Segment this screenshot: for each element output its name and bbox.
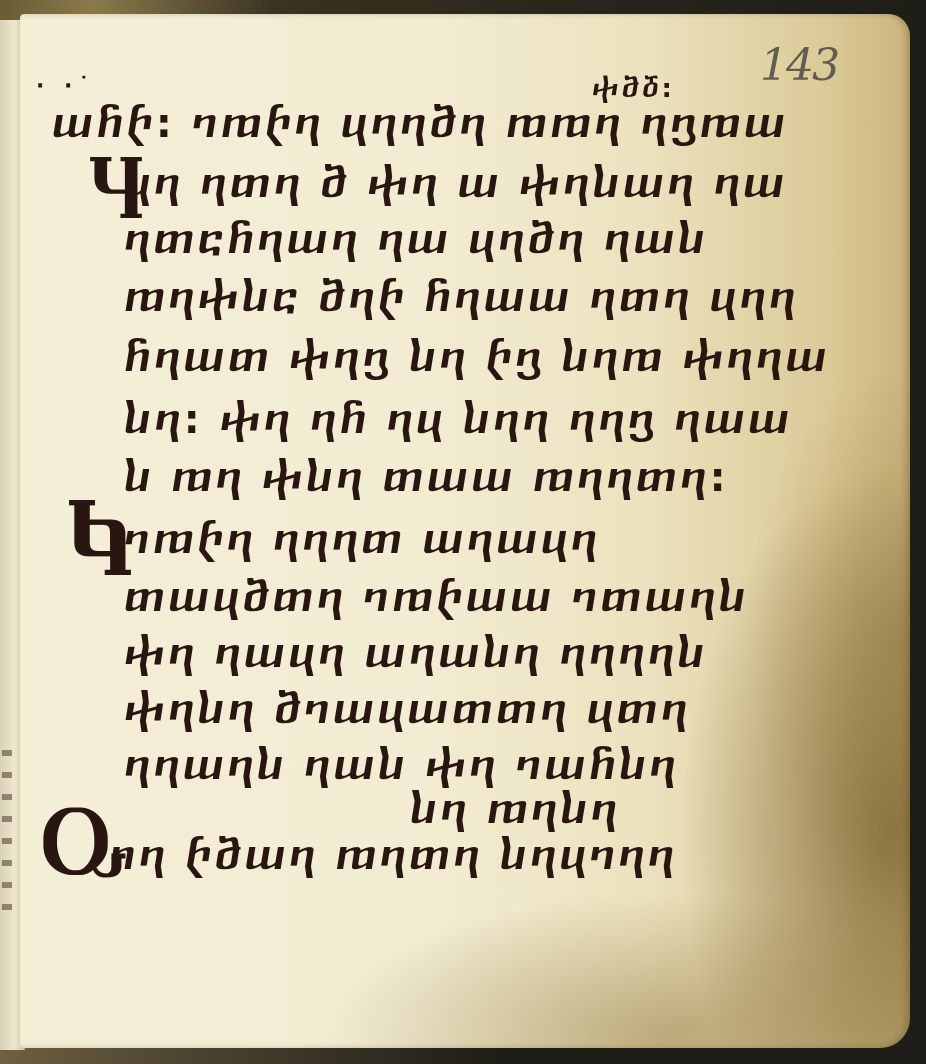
line-5: ⴌⴄⴍⴇ ⴕⴄⴂ ⴑⴄ ⴡⴂ ⴑⴄⴊ ⴕⴄⴄⴍ xyxy=(124,338,830,378)
line-11: ⴕⴄⴑⴄ ⴋⴈⴍⴗⴍⴇⴇⴄ ⴗⴇⴄ xyxy=(124,690,690,730)
superscript-note: ⴕⴋⴃ: xyxy=(592,76,675,102)
line-1: ⴍⴌⴡ: ⴈⴊⴡⴄ ⴗⴄⴄⴋⴄ ⴊⴊⴄ ⴄⴂⴊⴍ xyxy=(52,104,788,144)
line-12: ⴄⴄⴍⴄⴑ ⴄⴍⴑ ⴕⴄ ⴈⴍⴌⴑⴄ xyxy=(124,746,679,786)
line-6: ⴑⴄ: ⴕⴄ ⴄⴌ ⴄⴗ ⴑⴄⴄ ⴄⴄⴂ ⴄⴍⴍ xyxy=(124,400,793,440)
punctuation-dots: · ·˙ xyxy=(36,74,95,99)
line-8: ⴈⴊⴡⴄ ⴄⴄⴄⴇ ⴍⴄⴍⴗⴄ xyxy=(124,520,600,560)
line-2: ⴗⴄ ⴄⴇⴄ ⴋ ⴕⴄ ⴍ ⴕⴄⴑⴍⴄ ⴄⴍ xyxy=(124,164,788,204)
line-3: ⴄⴇⴀⴌⴄⴍⴄ ⴄⴍ ⴗⴄⴋⴄ ⴄⴍⴑ xyxy=(124,220,708,260)
text-block: · ·˙ ⴕⴋⴃ: ⴍⴌⴡ: ⴈⴊⴡⴄ ⴗⴄⴄⴋⴄ ⴊⴊⴄ ⴄⴂⴊⴍ Ⴗ ⴗⴄ … xyxy=(0,0,926,1064)
line-7: ⴑ ⴊⴄ ⴕⴑⴄ ⴇⴍⴍ ⴊⴄⴄⴇⴄ: xyxy=(124,458,729,498)
line-4: ⴊⴄⴕⴑⴀ ⴋⴄⴡ ⴌⴄⴍⴍ ⴄⴇⴄ ⴗⴄⴄ xyxy=(124,278,798,318)
line-10: ⴕⴄ ⴄⴍⴗⴄ ⴍⴄⴍⴑⴄ ⴄⴄⴄⴄⴑ xyxy=(124,634,708,674)
line-13: ⴑⴄ ⴊⴄⴑⴄ xyxy=(410,790,620,830)
line-14: ⴈⴄ ⴡⴋⴍⴄ ⴊⴄⴇⴄ ⴑⴄⴗⴈⴄⴄ xyxy=(110,836,677,876)
line-9: ⴇⴍⴗⴋⴇⴄ ⴈⴊⴡⴍⴍ ⴈⴇⴍⴄⴑ xyxy=(124,578,749,618)
